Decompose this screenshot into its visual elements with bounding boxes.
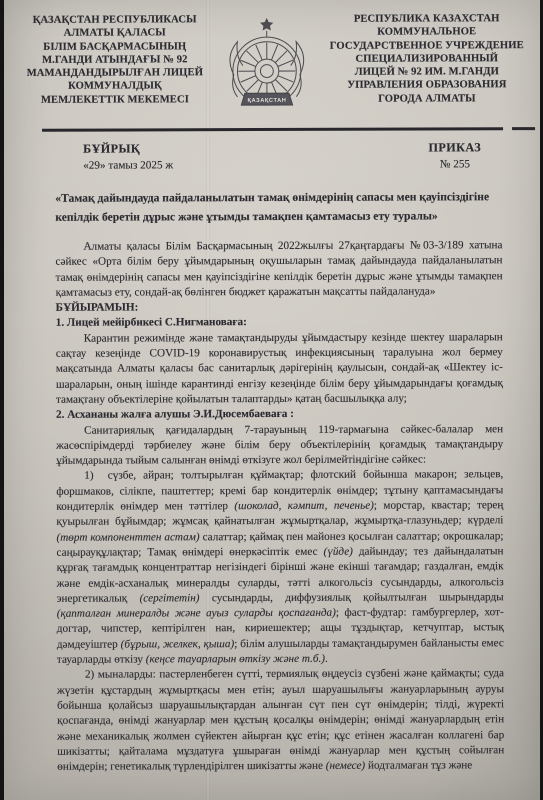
header-rule-line	[42, 127, 503, 131]
document-photo: ҚАЗАҚСТАН РЕСПУБЛИКАСЫ АЛМАТЫ ҚАЛАСЫ БІЛ…	[0, 0, 543, 800]
intro-paragraph: Алматы қаласы Білім Басқармасының 2022жы…	[55, 238, 502, 301]
order-date: «29» тамыз 2025 ж	[83, 159, 173, 171]
order-title: «Тамақ дайындауда пайдаланылатын тамақ ө…	[55, 187, 501, 227]
letterhead-kazakh-name: ҚАЗАҚСТАН РЕСПУБЛИКАСЫ АЛМАТЫ ҚАЛАСЫ БІЛ…	[15, 13, 215, 107]
letterhead-russian-name: РЕСПУБЛИКА КАЗАХСТАН КОММУНАЛЬНОЕ ГОСУДА…	[319, 12, 535, 106]
section2-paragraph: Санитариялық қағидалардың 7-тарауының 11…	[56, 422, 503, 469]
section2-heading: 2. Асхананы жалға алушы Э.И.Дюсембаеваға…	[56, 406, 503, 423]
prohibited-list-item-2: 2) мыналарды: пастерленбеген сүтті, терм…	[57, 667, 504, 776]
order-header: БҰЙРЫҚ «29» тамыз 2025 ж ПРИКАЗ № 255	[3, 131, 539, 172]
letterhead: ҚАЗАҚСТАН РЕСПУБЛИКАСЫ АЛМАТЫ ҚАЛАСЫ БІЛ…	[3, 0, 539, 118]
kazakhstan-coat-of-arms-icon: ҚАЗАҚСТАН	[221, 16, 313, 117]
section1-paragraph: Карантин режимінде және тамақтандыруды ұ…	[56, 330, 503, 408]
section1-heading: 1. Лицей мейірбикесі С.Нигмановаға:	[56, 315, 503, 332]
resolution-word: БҰЙЫРАМЫН:	[56, 299, 503, 316]
order-number: № 255	[429, 158, 482, 170]
document-content: ҚАЗАҚСТАН РЕСПУБЛИКАСЫ АЛМАТЫ ҚАЛАСЫ БІЛ…	[3, 0, 542, 800]
order-header-russian: ПРИКАЗ № 255	[429, 140, 482, 170]
order-body: Алматы қаласы Білім Басқармасының 2022жы…	[55, 238, 504, 775]
order-header-kazakh: БҰЙРЫҚ «29» тамыз 2025 ж	[83, 141, 173, 171]
emblem-container: ҚАЗАҚСТАН	[215, 13, 319, 117]
order-type-kk: БҰЙРЫҚ	[83, 141, 173, 156]
header-rule-dash	[512, 127, 535, 130]
prohibited-list-item-1: 1) сүзбе, айран; толтырылған құймақтар; …	[56, 468, 504, 668]
order-type-ru: ПРИКАЗ	[429, 140, 482, 155]
emblem-banner-label: ҚАЗАҚСТАН	[247, 98, 286, 104]
